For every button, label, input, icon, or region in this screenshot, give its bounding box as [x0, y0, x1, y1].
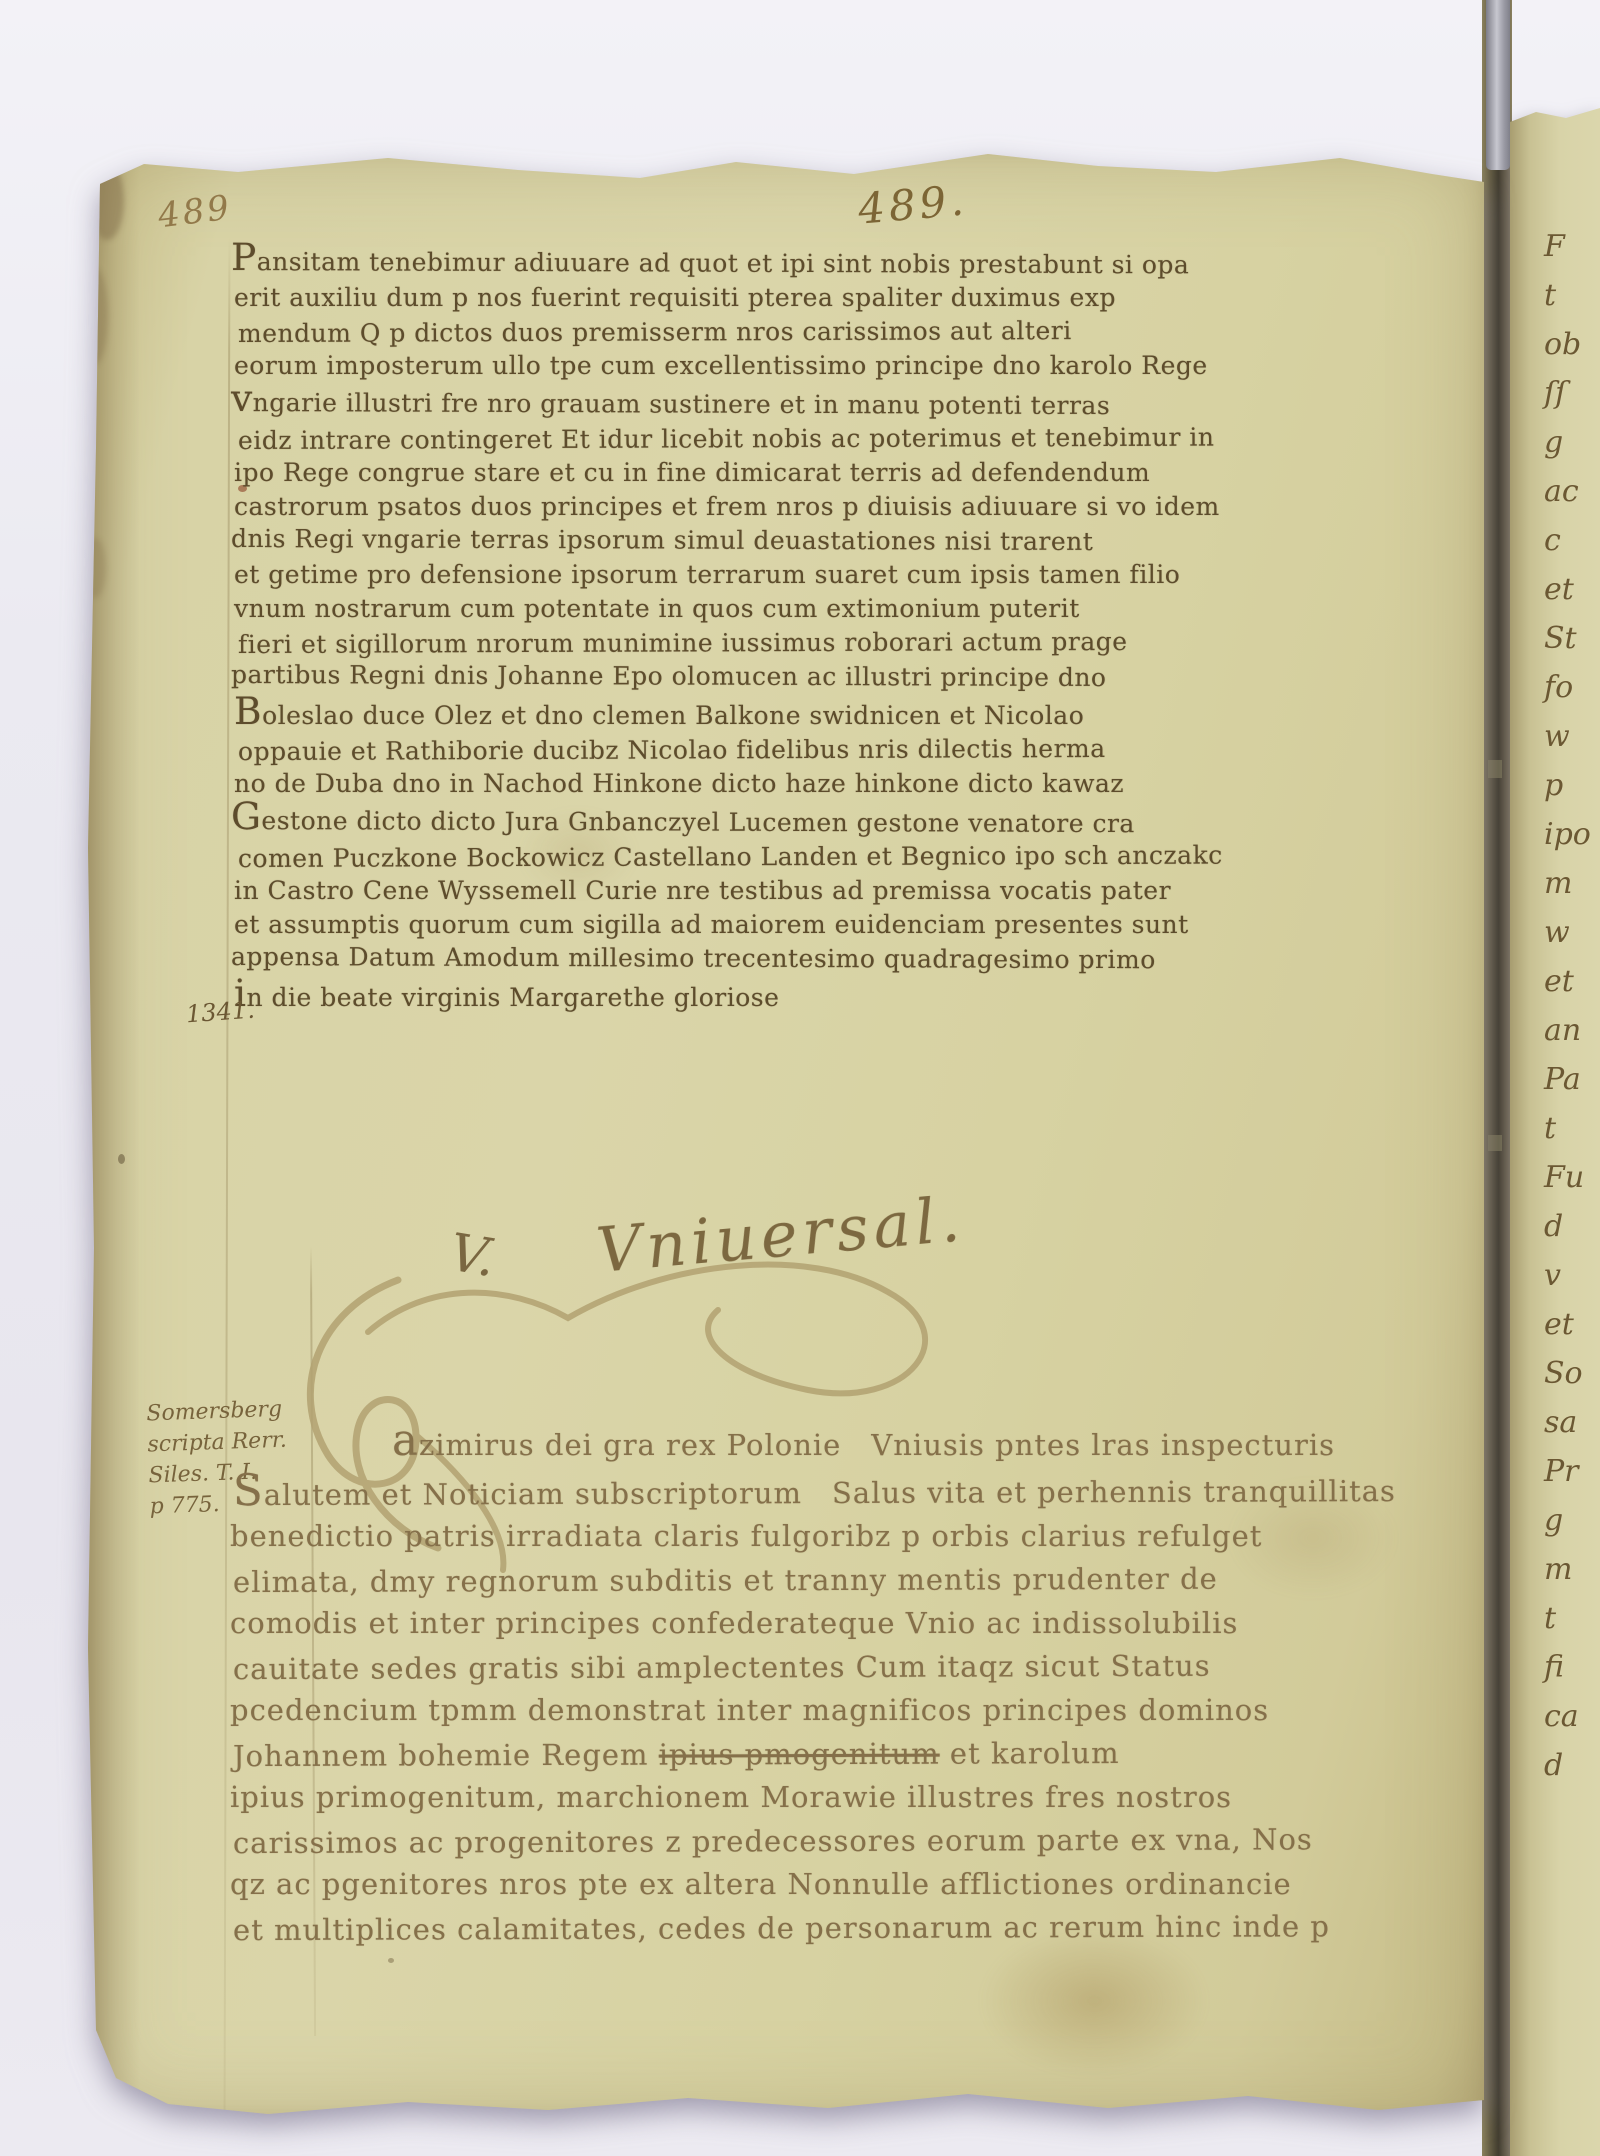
facing-page-text-fragments: F t ob ſſ g ac c et St fo w p ipo m w et… — [1544, 222, 1591, 1790]
charter-line: eorum imposterum ullo tpe cum excellenti… — [234, 349, 1384, 383]
charter-line: fieri et sigillorum nrorum munimine iuss… — [238, 624, 1388, 662]
charter-line: eidz intrare contingeret Et idur licebit… — [238, 420, 1388, 458]
line-segment: et karolum — [940, 1736, 1120, 1771]
parchment: 489 489. Pansitam tenebimur adiuuare ad … — [88, 148, 1484, 2120]
universal-line: azimirus dei gra rex Polonie Vniusis pnt… — [230, 1420, 1440, 1468]
charter-line: comen Puczkone Bockowicz Castellano Land… — [238, 838, 1388, 876]
struck-text: ipius pmogenitum — [659, 1736, 940, 1771]
charter-line: oppauie et Rathiborie ducibz Nicolao fid… — [238, 731, 1388, 769]
book-gutter — [1482, 0, 1512, 2156]
margin-year-note: 1341. — [185, 996, 256, 1029]
charter-line: Pansitam tenebimur adiuuare ad quot et i… — [231, 240, 1381, 283]
universal-line: Salutem et Noticiam subscriptorum Salus … — [233, 1465, 1443, 1517]
universal-text-block: azimirus dei gra rex Polonie Vniusis pnt… — [230, 1420, 1440, 1950]
folio-number-center: 489. — [856, 175, 969, 233]
facing-page-paper: F t ob ſſ g ac c et St fo w p ipo m w et… — [1510, 104, 1600, 2156]
charter-line: appensa Datum Amodum millesimo trecentes… — [231, 940, 1381, 978]
book-clamp-rod — [1486, 0, 1510, 170]
universal-line: benedictio patris irradiata claris fulgo… — [230, 1515, 1440, 1559]
universal-line: carissimos ac progenitores z predecessor… — [233, 1817, 1443, 1865]
charter-line: vnum nostrarum cum potentate in quos cum… — [234, 592, 1384, 626]
universal-line: elimata, dmy regnorum subditis et tranny… — [233, 1556, 1443, 1604]
charter-line: in die beate virginis Margarethe glorios… — [234, 976, 1384, 1015]
charter-line: ipo Rege congrue stare et cu in fine dim… — [234, 456, 1384, 490]
manuscript-page: 489 489. Pansitam tenebimur adiuuare ad … — [88, 148, 1484, 2120]
charter-line: no de Duba dno in Nachod Hinkone dicto h… — [234, 767, 1384, 801]
charter-line: erit auxiliu dum p nos fuerint requisiti… — [234, 281, 1384, 315]
charter-line: et assumptis quorum cum sigilla ad maior… — [234, 908, 1384, 942]
universal-line: pcedencium tpmm demonstrat inter magnifi… — [230, 1689, 1440, 1733]
universal-line-with-strikethrough: Johannem bohemie Regem ipius pmogenitum … — [233, 1730, 1443, 1778]
charter-text-block: Pansitam tenebimur adiuuare ad quot et i… — [234, 242, 1384, 1015]
manuscript-photo: F t ob ſſ g ac c et St fo w p ipo m w et… — [0, 0, 1600, 2156]
line-segment: Johannem bohemie Regem — [233, 1737, 659, 1772]
ink-speck — [118, 1154, 125, 1164]
charter-line: et getime pro defensione ipsorum terraru… — [234, 558, 1384, 592]
folio-number-corner: 489 — [156, 188, 234, 237]
gutter-highlight — [1488, 760, 1502, 778]
facing-page: F t ob ſſ g ac c et St fo w p ipo m w et… — [1510, 104, 1600, 2156]
universal-line: et multiplices calamitates, cedes de per… — [233, 1904, 1443, 1952]
universal-line: qz ac pgenitores nros pte ex altera Nonn… — [230, 1863, 1440, 1907]
universal-line: comodis et inter principes confederatequ… — [230, 1602, 1440, 1646]
charter-line: mendum Q p dictos duos premisserm nros c… — [238, 313, 1388, 351]
charter-line: castrorum psatos duos principes et frem … — [234, 490, 1384, 524]
charter-line: Gestone dicto dicto Jura Gnbanczyel Luce… — [231, 799, 1381, 842]
universal-line: ipius primogenitum, marchionem Morawie i… — [230, 1776, 1440, 1820]
charter-line: Boleslao duce Olez et dno clemen Balkone… — [234, 694, 1384, 733]
universal-line: cauitate sedes gratis sibi amplectentes … — [233, 1643, 1443, 1691]
edge-damage — [90, 162, 124, 240]
charter-line: in Castro Cene Wyssemell Curie nre testi… — [234, 874, 1384, 908]
charter-line: partibus Regni dnis Johanne Epo olomucen… — [231, 658, 1381, 696]
edge-damage — [84, 538, 106, 598]
charter-line: dnis Regi vngarie terras ipsorum simul d… — [231, 522, 1381, 560]
ink-speck — [388, 1958, 394, 1963]
worn-left-edge — [88, 148, 140, 2120]
gutter-highlight — [1488, 1135, 1502, 1151]
edge-damage — [82, 268, 108, 364]
charter-line: vngarie illustri fre nro grauam sustiner… — [231, 381, 1381, 424]
